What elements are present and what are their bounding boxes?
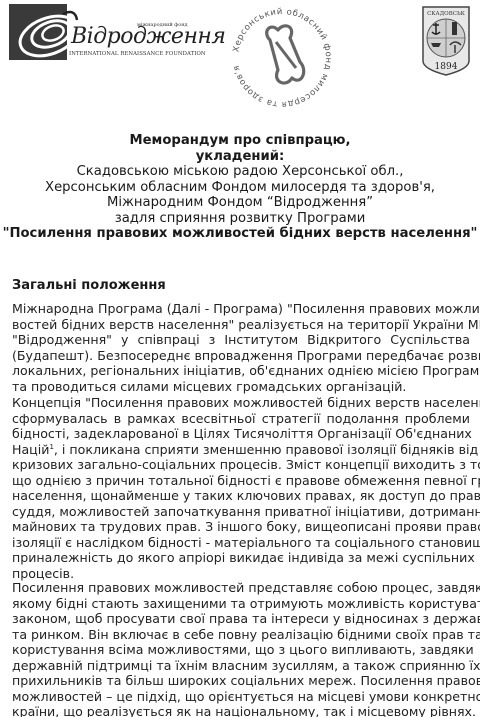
text-line: що однією з причин тотальної бідності є …: [12, 473, 470, 489]
party-skadovsk-council: Скадовською міською радою Херсонської об…: [0, 164, 480, 180]
svg-text:СКАДОВСЬК: СКАДОВСЬК: [427, 11, 466, 17]
svg-text:Херсонський обласний фонд мило: Херсонський обласний фонд милосердя та з…: [231, 7, 333, 109]
party-kherson-fund: Херсонським обласним Фондом милосердя та…: [0, 180, 480, 196]
kherson-charity-fund-logo: Херсонський обласний фонд милосердя та з…: [226, 2, 338, 114]
section-title: Загальні положення: [12, 278, 166, 293]
text-line: сформувалась в рамках всесвітньої страте…: [12, 411, 470, 427]
purpose-line: задля сприяння розвитку Програми: [0, 211, 480, 227]
text-line: прихильників та більш широких соціальних…: [12, 673, 470, 689]
text-line: востей бідних верств населення" реалізує…: [12, 317, 470, 333]
text-line: користування всіма можливостями, що з ць…: [12, 642, 470, 658]
logo-name: Відродження: [71, 24, 226, 49]
text-line: Міжнародна Програма (Далі - Програма) "П…: [12, 301, 470, 317]
text-line: державній підтримці та їхнім власним зус…: [12, 658, 470, 674]
text-line: Концепція "Посилення правових можливосте…: [12, 395, 470, 411]
text-line-with-footnote: Націй1, і покликана сприяти зменшенню пр…: [12, 442, 470, 458]
paragraph-3: Посилення правових можливостей представл…: [12, 580, 470, 717]
program-name: "Посилення правових можливостей бідних в…: [0, 226, 480, 242]
footnote-text: Націй: [12, 442, 49, 457]
memorandum-header: Меморандум про співпрацю, укладений: Ска…: [0, 133, 480, 242]
logo-subtitle: INTERNATIONAL RENAISSANCE FOUNDATION: [69, 51, 206, 57]
text-line: країни, що реалізується як на національн…: [12, 704, 470, 717]
text-line: бідності, задекларованої в Цілях Тисячол…: [12, 426, 470, 442]
text-line: та ринком. Він включає в себе повну реал…: [12, 627, 470, 643]
memorandum-title: Меморандум про співпрацю,: [0, 133, 480, 149]
paragraph-2: Концепція "Посилення правових можливосте…: [12, 395, 470, 581]
text-line: кризових загально-соціальних процесів. З…: [12, 457, 470, 473]
text-line: приналежність до якого апріорі викидає і…: [12, 550, 470, 566]
text-line: процесів.: [12, 566, 470, 582]
text-line: можливостей – це підхід, що орієнтується…: [12, 689, 470, 705]
text-line: "Відродження" у співпраці з Інститутом В…: [12, 332, 470, 348]
svg-text:1894: 1894: [435, 62, 458, 72]
paragraph-1: Міжнародна Програма (Далі - Програма) "П…: [12, 301, 470, 394]
text-line: Посилення правових можливостей представл…: [12, 580, 470, 596]
footnote-text-rest: , і покликана сприяти зменшенню правової…: [54, 442, 478, 457]
memorandum-subtitle: укладений:: [0, 149, 480, 165]
text-line: населення, щонайменше у таких ключових п…: [12, 488, 470, 504]
renaissance-foundation-logo: міжнародний фонд Відродження INTERNATION…: [9, 4, 195, 60]
coat-of-arms-icon: СКАДОВСЬК 1894: [421, 5, 471, 77]
text-line: локальних, регіональних ініціатив, об'єд…: [12, 363, 470, 379]
party-renaissance-fund: Міжнародним Фондом “Відродження”: [0, 195, 480, 211]
text-line: (Будапешт). Безпосереднє впровадження Пр…: [12, 348, 470, 364]
text-line: та проводиться силами місцевих громадськ…: [12, 379, 470, 395]
skadovsk-coat-of-arms: СКАДОВСЬК 1894: [421, 5, 471, 77]
text-line: ізоляції є наслідком бідності - матеріал…: [12, 535, 470, 551]
text-line: законом, щоб просувати свої права та інт…: [12, 611, 470, 627]
text-line: якому бідні стають захищеними та отримую…: [12, 596, 470, 612]
hearts-emblem-icon: Херсонський обласний фонд милосердя та з…: [226, 2, 338, 114]
text-line: суддя, можливостей започаткування приват…: [12, 504, 470, 520]
text-line: майнових та трудових прав. З іншого боку…: [12, 519, 470, 535]
